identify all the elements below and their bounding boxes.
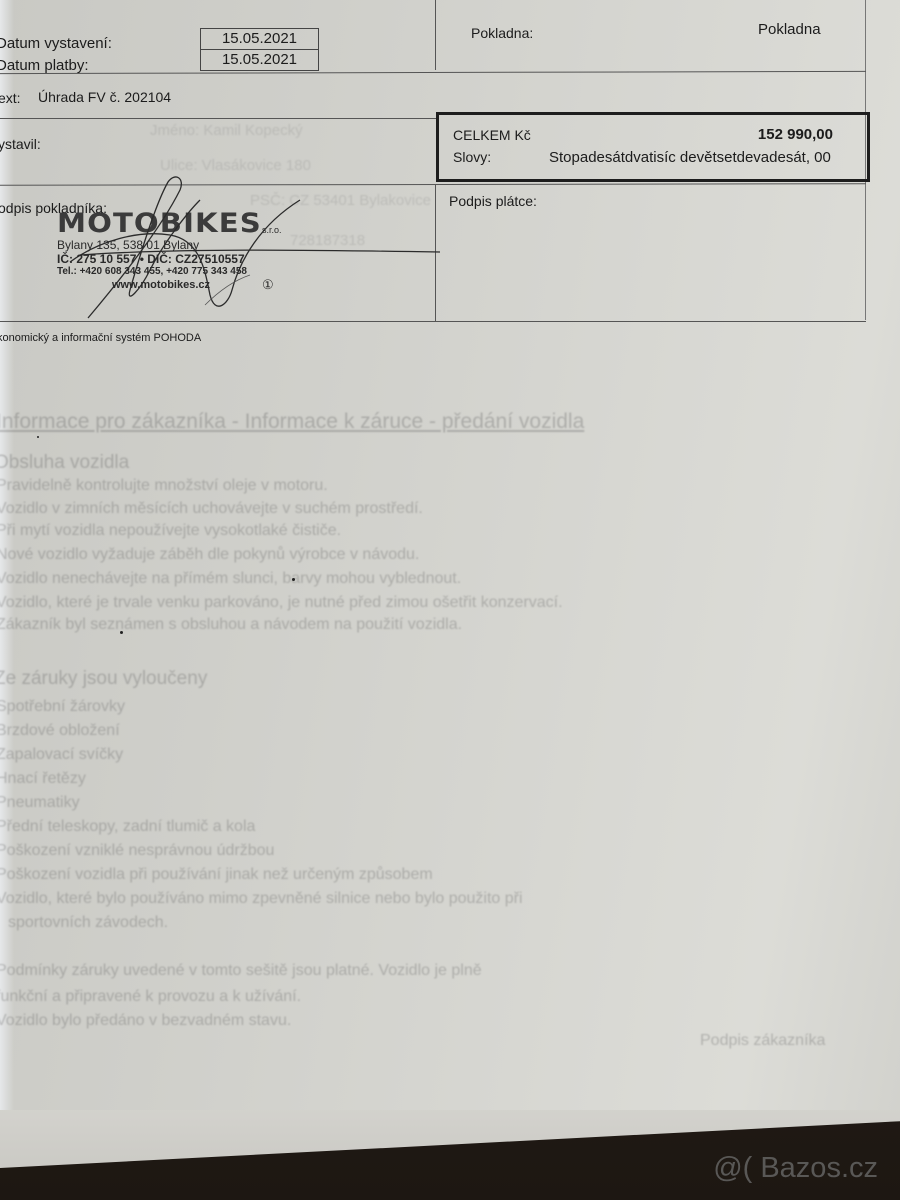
bleed-section-title: Ze záruky jsou vyloučeny xyxy=(0,668,207,690)
receipt-paper: Jméno: Kamil Kopecký Ulice: Vlasákovice … xyxy=(0,0,900,1110)
handwritten-signature xyxy=(60,170,440,330)
words-value: Stopadesátdvatisíc devětsetdevadesát, 00 xyxy=(549,149,831,166)
text-label: ext: xyxy=(0,90,21,106)
bleed-signature-label: Podpis zákazníka xyxy=(700,1032,825,1050)
issued-by-label: ystavil: xyxy=(0,136,41,152)
payment-date-value: 15.05.2021 xyxy=(200,49,319,71)
bleed-top-line: Jméno: Kamil Kopecký xyxy=(150,122,303,139)
bleed-heading: Informace pro zákazníka - Informace k zá… xyxy=(0,410,584,434)
total-value: 152 990,00 xyxy=(758,126,833,143)
total-box: CELKEM Kč 152 990,00 Slovy: Stopadesátdv… xyxy=(436,112,870,182)
bazos-watermark: @( Bazos.cz xyxy=(713,1152,878,1185)
text-value: Úhrada FV č. 202104 xyxy=(38,89,171,105)
software-footer: konomický a informační systém POHODA xyxy=(0,332,201,344)
payment-date-label: Datum platby: xyxy=(0,57,89,74)
register-label: Pokladna: xyxy=(471,25,533,41)
words-label: Slovy: xyxy=(453,149,491,165)
register-value: Pokladna xyxy=(758,21,821,38)
issue-date-label: Datum vystavení: xyxy=(0,35,112,52)
issue-date-value: 15.05.2021 xyxy=(200,28,319,50)
bleed-section-title: Obsluha vozidla xyxy=(0,452,129,474)
payer-signature-label: Podpis plátce: xyxy=(449,193,537,209)
total-label: CELKEM Kč xyxy=(453,127,531,143)
